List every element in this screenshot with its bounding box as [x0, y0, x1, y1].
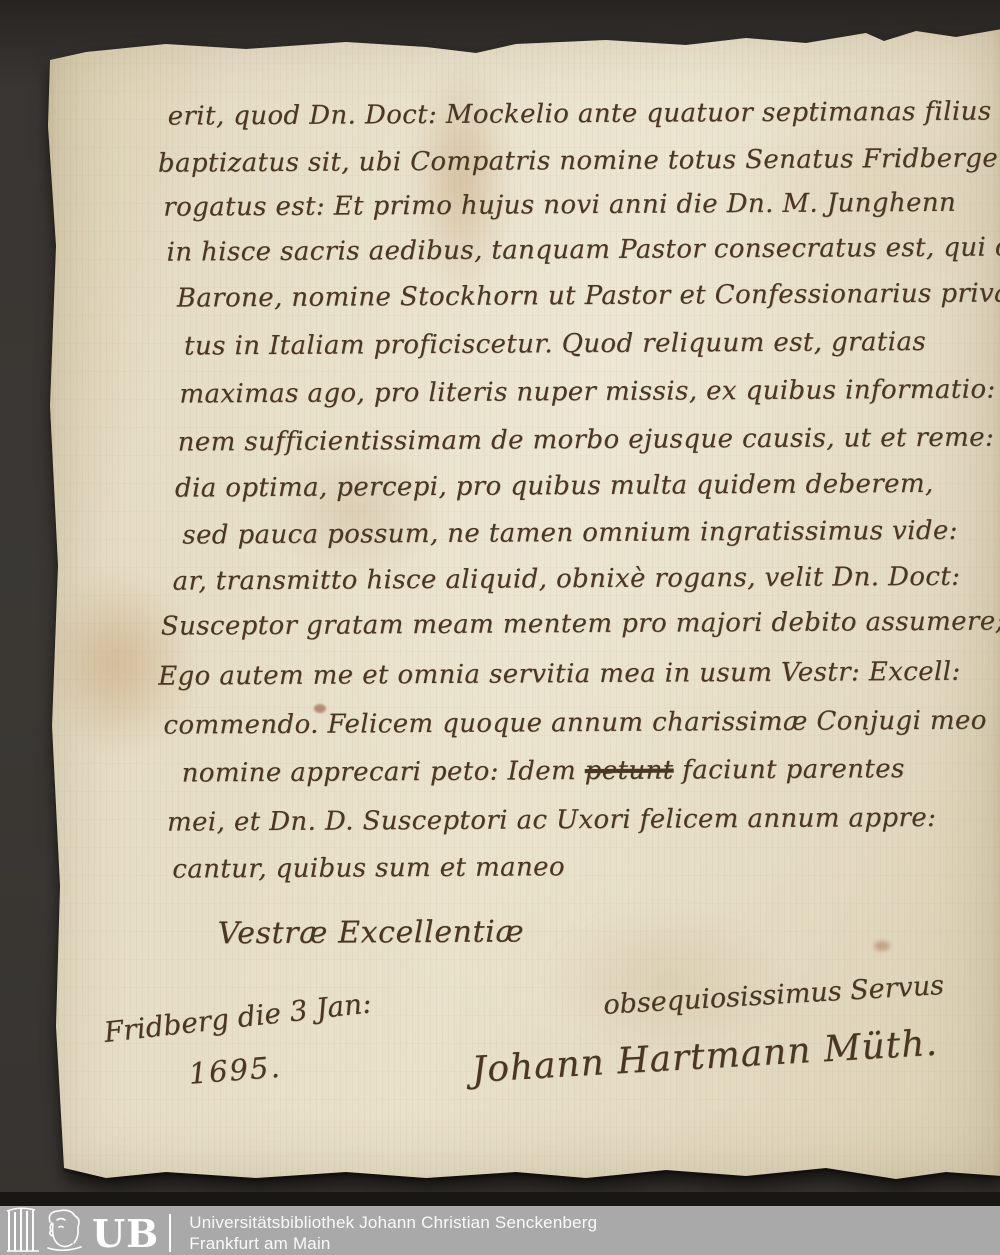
- manuscript-line: erit, quod Dn. Doct: Mockelio ante quatu…: [168, 97, 992, 132]
- books-icon: [6, 1207, 40, 1253]
- logo-separator: [169, 1214, 171, 1252]
- manuscript-line: mei, et Dn. D. Susceptori ac Uxori felic…: [167, 803, 936, 838]
- valediction: obsequiosissimus Servus: [602, 970, 944, 1021]
- manuscript-line: in hisce sacris aedibus, tanquam Pastor …: [166, 232, 1000, 267]
- manuscript-line: maximas ago, pro literis nuper missis, e…: [179, 375, 995, 410]
- manuscript-line: Ego autem me et omnia servitia mea in us…: [158, 657, 961, 692]
- footer-institution: Universitätsbibliothek Johann Christian …: [189, 1212, 597, 1233]
- manuscript-page: erit, quod Dn. Doct: Mockelio ante quatu…: [46, 26, 1000, 1184]
- scan-viewport: erit, quod Dn. Doct: Mockelio ante quatu…: [0, 0, 1000, 1255]
- manuscript-line: cantur, quibus sum et maneo: [172, 852, 565, 884]
- manuscript-line: commendo. Felicem quoque annum charissim…: [163, 706, 987, 741]
- manuscript-line: rogatus est: Et primo hujus novi anni di…: [163, 188, 956, 223]
- scan-bottom-edge: [0, 1192, 1000, 1206]
- manuscript-line: ar, transmitto hisce aliquid, obnixè rog…: [172, 562, 960, 597]
- goethe-portrait-icon: [38, 1207, 90, 1253]
- struck-word: petunt: [585, 756, 674, 787]
- manuscript-line: Barone, nomine Stockhorn ut Pastor et Co…: [177, 278, 1000, 313]
- manuscript-line: nem sufficientissimam de morbo ejusque c…: [178, 423, 995, 458]
- manuscript-line: nomine apprecari peto: Idem petunt faciu…: [182, 754, 905, 788]
- manuscript-line: dia optima, percepi, pro quibus multa qu…: [175, 469, 934, 504]
- library-footer: UB Universitätsbibliothek Johann Christi…: [0, 1206, 1000, 1255]
- line-fragment: nomine apprecari peto: Idem: [182, 756, 585, 788]
- footer-city: Frankfurt am Main: [189, 1233, 597, 1254]
- manuscript-line: sed pauca possum, ne tamen omnium ingrat…: [182, 516, 958, 551]
- paper-sheet: erit, quod Dn. Doct: Mockelio ante quatu…: [46, 26, 1000, 1184]
- signature: Johann Hartmann Müth.: [471, 1023, 939, 1091]
- dateline-place: Fridberg die 3 Jan:: [102, 986, 373, 1049]
- closing-formula: Vestræ Excellentiæ: [218, 914, 525, 951]
- manuscript-line: baptizatus sit, ubi Compatris nomine tot…: [158, 143, 1000, 178]
- manuscript-line: tus in Italiam proficiscetur. Quod reliq…: [184, 327, 926, 362]
- manuscript-line: Susceptor gratam meam mentem pro majori …: [161, 606, 1000, 641]
- dateline-year: 1695.: [187, 1050, 282, 1091]
- ub-logo-text: UB: [92, 1214, 159, 1254]
- line-fragment: faciunt parentes: [673, 754, 904, 785]
- footer-text: Universitätsbibliothek Johann Christian …: [189, 1212, 597, 1254]
- manuscript-text: erit, quod Dn. Doct: Mockelio ante quatu…: [43, 23, 1000, 1187]
- ub-logo: UB Universitätsbibliothek Johann Christi…: [6, 1208, 597, 1254]
